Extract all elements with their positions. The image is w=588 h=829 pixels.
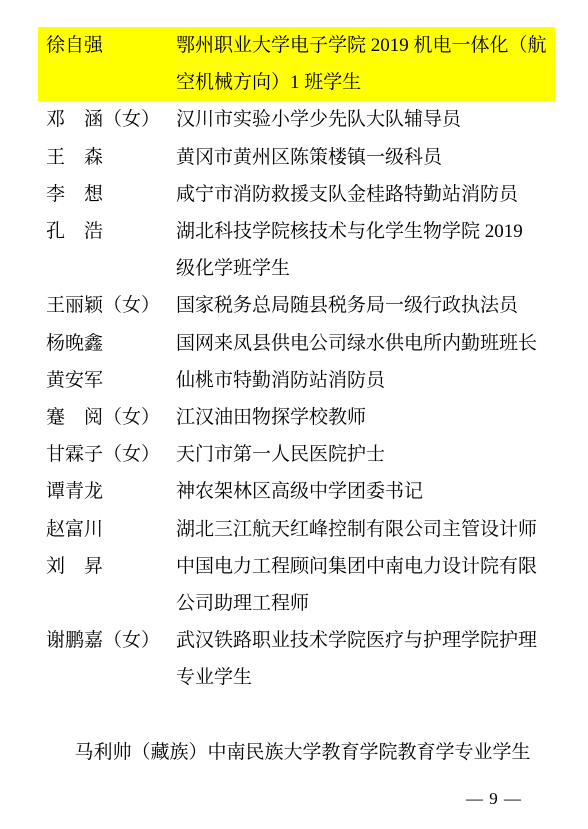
entry-description: 咸宁市消防救援支队金桂路特勤站消防员 xyxy=(176,176,555,213)
list-entry: 邓 涵（女） 汉川市实验小学少先队大队辅导员 xyxy=(46,101,555,138)
entry-name: 杨晚鑫 xyxy=(46,325,176,362)
document-page: 徐自强 鄂州职业大学电子学院 2019 机电一体化（航 空机械方向）1 班学生 … xyxy=(0,0,588,829)
entry-name: 赵富川 xyxy=(46,511,176,548)
entry-name: 孔 浩 xyxy=(46,213,176,250)
list-entry: 王丽颖（女） 国家税务总局随县税务局一级行政执法员 xyxy=(46,287,555,324)
entry-description: 中国电力工程顾问集团中南电力设计院有限 公司助理工程师 xyxy=(176,548,555,622)
list-entry: 蹇 阅（女） 江汉油田物探学校教师 xyxy=(46,399,555,436)
list-entry: 甘霖子（女） 天门市第一人民医院护士 xyxy=(46,436,555,473)
entry-description: 中南民族大学教育学院教育学专业学生 xyxy=(208,742,531,763)
entry-name: 刘 昇 xyxy=(46,548,176,585)
list-entry: 谭青龙 神农架林区高级中学团委书记 xyxy=(46,473,555,510)
list-entry: 谢鹏嘉（女） 武汉铁路职业技术学院医疗与护理学院护理 专业学生 xyxy=(46,622,555,696)
list-entry: 赵富川 湖北三江航天红峰控制有限公司主管设计师 xyxy=(46,511,555,548)
entry-name: 邓 涵（女） xyxy=(46,101,176,138)
entry-description: 江汉油田物探学校教师 xyxy=(176,399,555,436)
entry-description: 国家税务总局随县税务局一级行政执法员 xyxy=(176,287,555,324)
entry-name: 王丽颖（女） xyxy=(46,287,176,324)
entry-name: 马利帅（藏族） xyxy=(75,742,208,763)
entry-name: 王 森 xyxy=(46,139,176,176)
entry-description: 黄冈市黄州区陈策楼镇一级科员 xyxy=(176,139,555,176)
list-entry: 杨晚鑫 国网来凤县供电公司绿水供电所内勤班班长 xyxy=(46,325,555,362)
entry-name: 李 想 xyxy=(46,176,176,213)
entry-name: 谭青龙 xyxy=(46,473,176,510)
list-entry: 李 想 咸宁市消防救援支队金桂路特勤站消防员 xyxy=(46,176,555,213)
entry-name: 甘霖子（女） xyxy=(46,436,176,473)
entry-description: 湖北三江航天红峰控制有限公司主管设计师 xyxy=(176,511,555,548)
entry-name: 徐自强 xyxy=(46,27,176,64)
entry-name: 谢鹏嘉（女） xyxy=(46,622,176,659)
list-entry: 刘 昇 中国电力工程顾问集团中南电力设计院有限 公司助理工程师 xyxy=(46,548,555,622)
list-entry-highlighted: 徐自强 鄂州职业大学电子学院 2019 机电一体化（航 空机械方向）1 班学生 xyxy=(38,27,555,101)
entry-description: 武汉铁路职业技术学院医疗与护理学院护理 专业学生 xyxy=(176,622,555,696)
entry-description: 湖北科技学院核技术与化学生物学院 2019 级化学班学生 xyxy=(176,213,555,287)
entry-description: 国网来凤县供电公司绿水供电所内勤班班长 xyxy=(176,325,555,362)
entry-name: 黄安军 xyxy=(46,362,176,399)
page-number: — 9 — xyxy=(466,789,522,809)
entry-name: 蹇 阅（女） xyxy=(46,399,176,436)
entry-description: 汉川市实验小学少先队大队辅导员 xyxy=(176,101,555,138)
list-entry: 王 森 黄冈市黄州区陈策楼镇一级科员 xyxy=(46,139,555,176)
list-entry: 孔 浩 湖北科技学院核技术与化学生物学院 2019 级化学班学生 xyxy=(46,213,555,287)
list-entry: 黄安军 仙桃市特勤消防站消防员 xyxy=(46,362,555,399)
entry-description: 仙桃市特勤消防站消防员 xyxy=(176,362,555,399)
entry-description: 神农架林区高级中学团委书记 xyxy=(176,473,555,510)
entry-description: 鄂州职业大学电子学院 2019 机电一体化（航 空机械方向）1 班学生 xyxy=(176,27,555,101)
name-list: 徐自强 鄂州职业大学电子学院 2019 机电一体化（航 空机械方向）1 班学生 … xyxy=(46,27,555,808)
entry-description: 天门市第一人民医院护士 xyxy=(176,436,555,473)
